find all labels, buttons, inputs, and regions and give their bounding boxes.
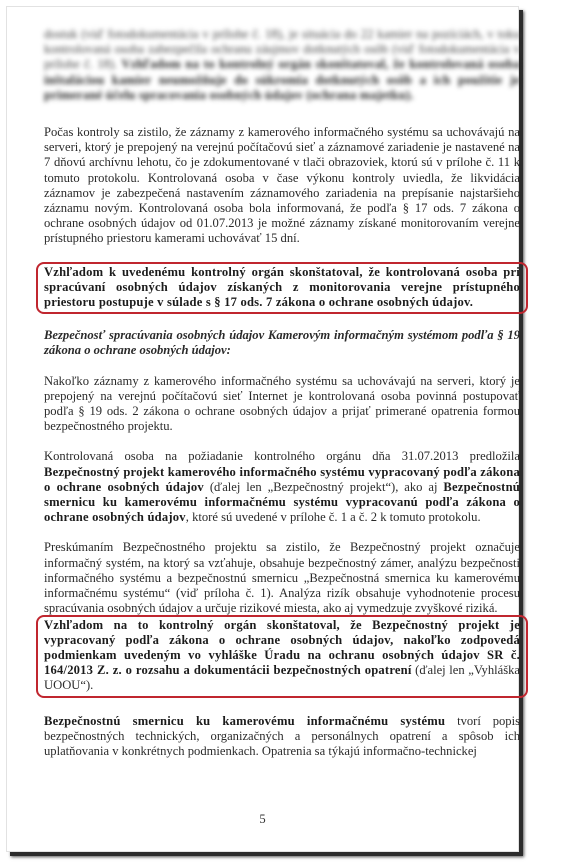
conclusion-1-text: Vzhľadom k uvedenému kontrolný orgán sko… bbox=[44, 265, 520, 309]
p3-text-1: Kontrolovaná osoba na požiadanie kontrol… bbox=[44, 449, 520, 463]
page-number: 5 bbox=[7, 812, 518, 827]
section-heading-security: Bezpečnosť spracúvania osobných údajov K… bbox=[44, 328, 520, 358]
paragraph-records-retention: Počas kontroly sa zistilo, že záznamy z … bbox=[44, 125, 520, 247]
paragraph-submitted-documents: Kontrolovaná osoba na požiadanie kontrol… bbox=[44, 449, 520, 525]
highlight-box-conclusion-2: Vzhľadom na to kontrolný orgán skonštato… bbox=[36, 615, 528, 698]
document-page: dostuk (viď fotodokumentácia v prílohe č… bbox=[6, 6, 519, 852]
p5-bold-directive: Bezpečnostnú smernicu ku kamerovému info… bbox=[44, 714, 445, 728]
highlight-box-conclusion-1: Vzhľadom k uvedenému kontrolný orgán sko… bbox=[36, 262, 528, 315]
p3-text-2: (ďalej len „Bezpečnostný projekt“), ako … bbox=[204, 480, 443, 494]
p3-text-3: , ktoré sú uvedené v prílohe č. 1 a č. 2… bbox=[186, 510, 481, 524]
paragraph-security-obligation: Nakoľko záznamy z kamerového informačnéh… bbox=[44, 374, 520, 435]
paragraph-directive-description: Bezpečnostnú smernicu ku kamerovému info… bbox=[44, 714, 520, 760]
blurred-paragraph: dostuk (viď fotodokumentácia v prílohe č… bbox=[44, 27, 520, 103]
paragraph-project-review: Preskúmaním Bezpečnostného projektu sa z… bbox=[44, 540, 520, 616]
document-content: dostuk (viď fotodokumentácia v prílohe č… bbox=[44, 27, 520, 774]
